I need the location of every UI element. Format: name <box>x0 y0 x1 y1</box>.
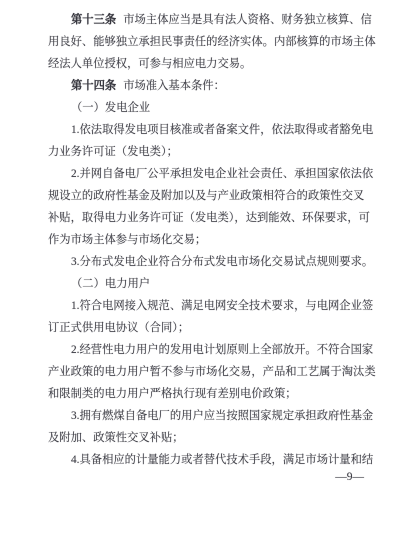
text-line: 补贴，取得电力业务许可证（发电类），达到能效、环保要求，可 <box>48 207 380 229</box>
text-line-content: 补贴，取得电力业务许可证（发电类），达到能效、环保要求，可 <box>48 212 370 224</box>
text-line-content: 规设立的政府性基金及附加以及与产业政策相符合的政策性交叉 <box>48 190 364 202</box>
text-line: 用良好、能够独立承担民事责任的经济实体。内部核算的市场主体 <box>48 31 380 53</box>
text-line-content: 1.符合电网接入规范、满足电网安全技术要求，与电网企业签 <box>71 300 373 312</box>
text-line-content: 市场准入基本条件： <box>123 80 225 92</box>
text-line-content: 市场主体应当是具有法人资格、财务独立核算、信 <box>123 14 372 26</box>
text-line-content: 经法人单位授权，可参与相应电力交易。 <box>48 58 251 70</box>
text-line: 3.拥有燃煤自备电厂的用户应当按照国家规定承担政府性基金 <box>48 405 380 427</box>
text-line: 第十三条市场主体应当是具有法人资格、财务独立核算、信 <box>48 9 380 31</box>
article-number-label: 第十四条 <box>71 80 116 92</box>
text-line: （二）电力用户 <box>48 273 380 295</box>
text-line: 第十四条市场准入基本条件： <box>48 75 380 97</box>
text-line: 2.并网自备电厂公平承担发电企业社会责任、承担国家依法依 <box>48 163 380 185</box>
text-line-content: （二）电力用户 <box>71 278 150 290</box>
text-line-content: （一）发电企业 <box>71 102 150 114</box>
text-line: 及附加、政策性交叉补贴； <box>48 427 380 449</box>
text-line: 经法人单位授权，可参与相应电力交易。 <box>48 53 380 75</box>
article-number-label: 第十三条 <box>71 14 116 26</box>
text-line-content: 1.依法取得发电项目核准或者备案文件，依法取得或者豁免电 <box>71 124 373 136</box>
text-line: 1.依法取得发电项目核准或者备案文件，依法取得或者豁免电 <box>48 119 380 141</box>
text-line: 产业政策的电力用户暂不参与市场化交易，产品和工艺属于淘汰类 <box>48 361 380 383</box>
text-line: （一）发电企业 <box>48 97 380 119</box>
text-line-content: 2.经营性电力用户的发用电计划原则上全部放开。不符合国家 <box>71 344 373 356</box>
text-line-content: 作为市场主体参与市场化交易； <box>48 234 206 246</box>
text-line: 力业务许可证（发电类）； <box>48 141 380 163</box>
text-line-content: 订正式供用电协议（合同）； <box>48 322 189 334</box>
text-line-content: 及附加、政策性交叉补贴； <box>48 432 184 444</box>
text-line: 和限制类的电力用户严格执行现有差别电价政策； <box>48 383 380 405</box>
text-line-content: 力业务许可证（发电类）； <box>48 146 178 158</box>
text-line-content: 3.分布式发电企业符合分布式发电市场化交易试点规则要求。 <box>71 256 373 268</box>
text-line: 2.经营性电力用户的发用电计划原则上全部放开。不符合国家 <box>48 339 380 361</box>
text-line-content: 3.拥有燃煤自备电厂的用户应当按照国家规定承担政府性基金 <box>71 410 373 422</box>
text-line-content: 4.具备相应的计量能力或者替代技术手段，满足市场计量和结 <box>71 454 373 466</box>
text-line-content: 产业政策的电力用户暂不参与市场化交易，产品和工艺属于淘汰类 <box>48 366 376 378</box>
text-line: 3.分布式发电企业符合分布式发电市场化交易试点规则要求。 <box>48 251 380 273</box>
text-line: 4.具备相应的计量能力或者替代技术手段，满足市场计量和结 <box>48 449 380 471</box>
text-line: 订正式供用电协议（合同）； <box>48 317 380 339</box>
text-line-content: 和限制类的电力用户严格执行现有差别电价政策； <box>48 388 297 400</box>
page-number: —9— <box>335 466 364 488</box>
document-page: 第十三条市场主体应当是具有法人资格、财务独立核算、信 用良好、能够独立承担民事责… <box>0 0 416 534</box>
text-line: 规设立的政府性基金及附加以及与产业政策相符合的政策性交叉 <box>48 185 380 207</box>
text-block: 第十三条市场主体应当是具有法人资格、财务独立核算、信 用良好、能够独立承担民事责… <box>48 9 380 471</box>
text-line-content: 2.并网自备电厂公平承担发电企业社会责任、承担国家依法依 <box>71 168 373 180</box>
text-line-content: 用良好、能够独立承担民事责任的经济实体。内部核算的市场主体 <box>48 36 376 48</box>
text-line: 作为市场主体参与市场化交易； <box>48 229 380 251</box>
text-line: 1.符合电网接入规范、满足电网安全技术要求，与电网企业签 <box>48 295 380 317</box>
